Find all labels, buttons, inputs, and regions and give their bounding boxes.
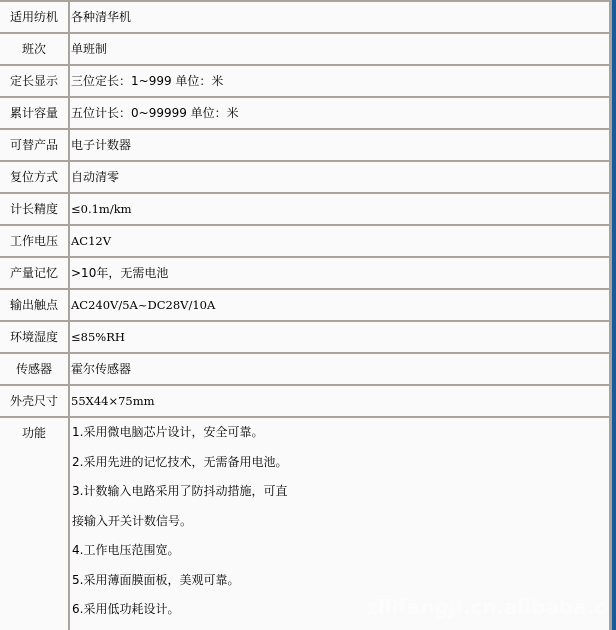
- features-list: 1.采用微电脑芯片设计，安全可靠。 2.采用先进的记忆技术，无需备用电池。 3.…: [71, 418, 610, 625]
- row-label: 定长显示: [0, 65, 69, 97]
- row-label: 适用纺机: [0, 1, 69, 33]
- feature-line: 1.采用微电脑芯片设计，安全可靠。: [71, 418, 610, 448]
- row-label: 班次: [0, 33, 69, 65]
- table-row: 传感器 霍尔传感器: [0, 353, 610, 385]
- table-row: 计长精度 ≤0.1m/km: [0, 193, 610, 225]
- feature-line: 接输入开关计数信号。: [71, 507, 610, 537]
- row-value: ≤0.1m/km: [69, 193, 610, 225]
- row-label: 计长精度: [0, 193, 69, 225]
- row-label: 复位方式: [0, 161, 69, 193]
- row-label: 累计容量: [0, 97, 69, 129]
- row-value: 55X44×75mm: [69, 385, 610, 417]
- table-row: 工作电压 AC12V: [0, 225, 610, 257]
- table-row: 班次 单班制: [0, 33, 610, 65]
- feature-line: 2.采用先进的记忆技术，无需备用电池。: [71, 448, 610, 478]
- table-row: 复位方式 自动清零: [0, 161, 610, 193]
- row-label: 外壳尺寸: [0, 385, 69, 417]
- features-label: 功能: [0, 417, 69, 630]
- row-value: AC12V: [69, 225, 610, 257]
- row-value: 自动清零: [69, 161, 610, 193]
- row-label: 产量记忆: [0, 257, 69, 289]
- row-value: ≤85%RH: [69, 321, 610, 353]
- feature-line: 3.计数输入电路采用了防抖动措施，可直: [71, 477, 610, 507]
- row-label: 工作电压: [0, 225, 69, 257]
- row-label: 可替产品: [0, 129, 69, 161]
- watermark: zilifangji.cn.alibaba.com: [366, 595, 616, 619]
- row-value: 单班制: [69, 33, 610, 65]
- row-label: 环境湿度: [0, 321, 69, 353]
- table-row: 定长显示 三位定长：1~999 单位：米: [0, 65, 610, 97]
- row-value: 电子计数器: [69, 129, 610, 161]
- table-row: 累计容量 五位计长：0~99999 单位：米: [0, 97, 610, 129]
- table-row: 输出触点 AC240V/5A~DC28V/10A: [0, 289, 610, 321]
- row-label: 输出触点: [0, 289, 69, 321]
- table-row: 适用纺机 各种清华机: [0, 1, 610, 33]
- row-label: 传感器: [0, 353, 69, 385]
- row-value: AC240V/5A~DC28V/10A: [69, 289, 610, 321]
- feature-line: 5.采用薄面膜面板，美观可靠。: [71, 566, 610, 596]
- table-row: 产量记忆 >10年，无需电池: [0, 257, 610, 289]
- row-value: 霍尔传感器: [69, 353, 610, 385]
- row-value: 各种清华机: [69, 1, 610, 33]
- feature-line: 4.工作电压范围宽。: [71, 536, 610, 566]
- table-row: 环境湿度 ≤85%RH: [0, 321, 610, 353]
- table-row: 可替产品 电子计数器: [0, 129, 610, 161]
- table-row: 外壳尺寸 55X44×75mm: [0, 385, 610, 417]
- spec-table: 适用纺机 各种清华机 班次 单班制 定长显示 三位定长：1~999 单位：米 累…: [0, 0, 610, 630]
- row-value: >10年，无需电池: [69, 257, 610, 289]
- row-value: 三位定长：1~999 单位：米: [69, 65, 610, 97]
- row-value: 五位计长：0~99999 单位：米: [69, 97, 610, 129]
- page-edge-strip: [612, 0, 616, 630]
